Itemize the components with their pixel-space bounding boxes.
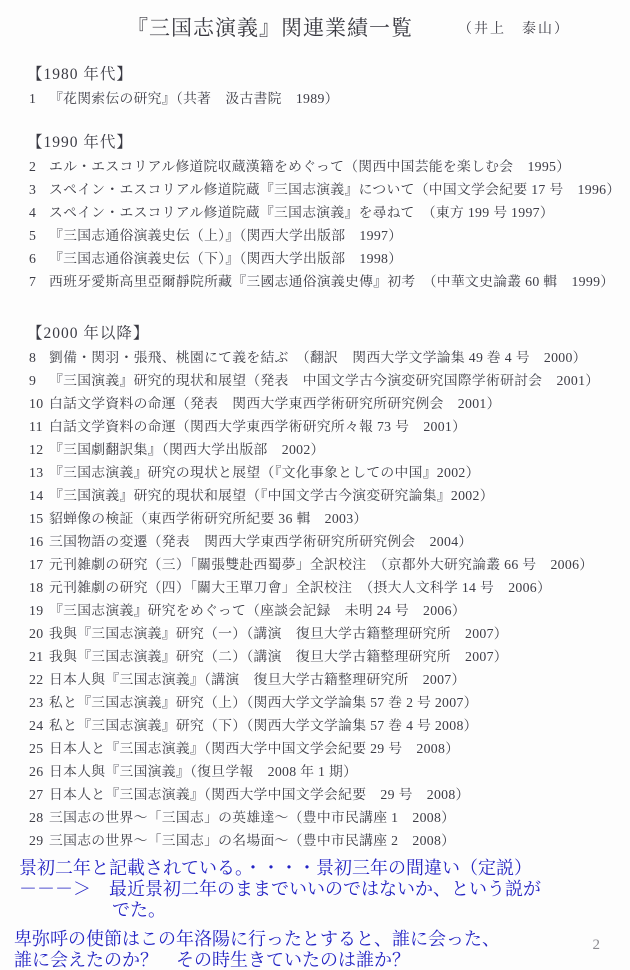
item-number: 1 xyxy=(29,87,44,110)
item-number: 10 xyxy=(29,392,44,415)
page-number: 2 xyxy=(593,937,601,954)
publication-item: 14『三国演義』研究的現状和展望（『中国文学古今演変研究論集』2002） xyxy=(29,484,630,507)
item-number: 12 xyxy=(29,438,44,461)
item-text: スペイン・エスコリアル修道院蔵『三国志演義』について（中国文学会紀要 17 号 … xyxy=(49,178,620,201)
section-header: 【2000 年以降】 xyxy=(27,323,630,344)
item-text: 日本人與『三国演義』（復旦学報 2008 年 1 期） xyxy=(49,760,357,783)
section-items: 1『花関索伝の研究』（共著 汲古書院 1989） xyxy=(0,87,630,110)
publication-item: 24私と『三国志演義』研究（下）（関西大学文学論集 57 巻 4 号 2008） xyxy=(29,714,630,737)
item-text: 日本人と『三国志演義』（関西大学中国文学会紀要 29 号 2008） xyxy=(49,783,470,806)
item-text: 日本人與『三国志演義』（講演 復旦大学古籍整理研究所 2007） xyxy=(49,668,466,691)
item-number: 19 xyxy=(29,599,44,622)
publication-item: 9『三国演義』研究的現状和展望（発表 中国文学古今演変研究国際学術研討会 200… xyxy=(29,369,630,392)
item-text: 私と『三国志演義』研究（上）（関西大学文学論集 57 巻 2 号 2007） xyxy=(49,691,478,714)
item-text: 『三国演義』研究的現状和展望（『中国文学古今演変研究論集』2002） xyxy=(49,484,494,507)
item-text: 『三国劇翻訳集』（関西大学出版部 2002） xyxy=(49,438,325,461)
item-text: 『三国志通俗演義史伝（下）』（関西大学出版部 1998） xyxy=(49,247,402,270)
publication-item: 15貂蝉像の検証（東西学術研究所紀要 36 輯 2003） xyxy=(29,507,630,530)
item-number: 21 xyxy=(29,645,44,668)
publication-item: 3スペイン・エスコリアル修道院蔵『三国志演義』について（中国文学会紀要 17 号… xyxy=(29,178,630,201)
page-title: 『三国志演義』関連業績一覧 xyxy=(127,12,413,42)
item-number: 20 xyxy=(29,622,44,645)
publication-item: 25日本人と『三国志演義』（関西大学中国文学会紀要 29 号 2008） xyxy=(29,737,630,760)
item-text: 白話文学資料の命運（関西大学東西学術研究所々報 73 号 2001） xyxy=(49,415,466,438)
document-page: 『三国志演義』関連業績一覧 （井上 泰山） 【1980 年代】1『花関索伝の研究… xyxy=(0,0,630,970)
item-text: 我與『三国志演義』研究（一）（講演 復旦大学古籍整理研究所 2007） xyxy=(49,622,508,645)
item-number: 2 xyxy=(29,155,44,178)
item-number: 16 xyxy=(29,530,44,553)
publication-item: 21我與『三国志演義』研究（二）（講演 復旦大学古籍整理研究所 2007） xyxy=(29,645,630,668)
publication-item: 26日本人與『三国演義』（復旦学報 2008 年 1 期） xyxy=(29,760,630,783)
publication-item: 29三国志の世界～「三国志」の名場面～（豊中市民講座 2 2008） xyxy=(29,829,630,852)
item-text: 『三国志演義』研究の現状と展望（『文化事象としての中国』2002） xyxy=(49,461,480,484)
item-number: 25 xyxy=(29,737,44,760)
publication-item: 10白話文学資料の命運（発表 関西大学東西学術研究所研究例会 2001） xyxy=(29,392,630,415)
item-number: 23 xyxy=(29,691,44,714)
author-name: （井上 泰山） xyxy=(458,18,570,38)
item-text: 私と『三国志演義』研究（下）（関西大学文学論集 57 巻 4 号 2008） xyxy=(49,714,478,737)
item-text: 『三国志通俗演義史伝（上）』（関西大学出版部 1997） xyxy=(49,224,402,247)
publication-item: 18元刊雑劇の研究（四）「關大王單刀會」全訳校注 （摂大人文科学 14 号 20… xyxy=(29,576,630,599)
section-items: 2エル・エスコリアル修道院収蔵漢籍をめぐって（関西中国芸能を楽しむ会 1995）… xyxy=(0,155,630,293)
item-number: 17 xyxy=(29,553,44,576)
note-line-arrow: －－－＞ 最近景初二年のままでいいのではないか、という説が xyxy=(19,879,630,900)
item-text: 三国物語の変遷（発表 関西大学東西学術研究所研究例会 2004） xyxy=(49,530,473,553)
publication-item: 6『三国志通俗演義史伝（下）』（関西大学出版部 1998） xyxy=(29,247,630,270)
publication-item: 11白話文学資料の命運（関西大学東西学術研究所々報 73 号 2001） xyxy=(29,415,630,438)
publication-item: 27日本人と『三国志演義』（関西大学中国文学会紀要 29 号 2008） xyxy=(29,783,630,806)
item-number: 15 xyxy=(29,507,44,530)
item-number: 7 xyxy=(29,270,44,293)
item-text: 三国志の世界～「三国志」の名場面～（豊中市民講座 2 2008） xyxy=(49,829,455,852)
publication-item: 17元刊雑劇の研究（三）「關張雙赴西蜀夢」全訳校注 （京都外大研究論叢 66 号… xyxy=(29,553,630,576)
item-text: 白話文学資料の命運（発表 関西大学東西学術研究所研究例会 2001） xyxy=(49,392,501,415)
item-number: 9 xyxy=(29,369,44,392)
publication-item: 20我與『三国志演義』研究（一）（講演 復旦大学古籍整理研究所 2007） xyxy=(29,622,630,645)
item-number: 5 xyxy=(29,224,44,247)
section-items: 8劉備・関羽・張飛、桃園にて義を結ぶ （翻訳 関西大学文学論集 49 巻 4 号… xyxy=(0,346,630,852)
note-line: 卑弥呼の使節はこの年洛陽に行ったとすると、誰に会った、 xyxy=(14,929,630,950)
item-text: 元刊雑劇の研究（三）「關張雙赴西蜀夢」全訳校注 （京都外大研究論叢 66 号 2… xyxy=(49,553,593,576)
item-text: 三国志の世界～「三国志」の英雄達～（豊中市民講座 1 2008） xyxy=(49,806,455,829)
publication-item: 7西班牙愛斯高里亞爾靜院所藏『三國志通俗演義史傳』初考 （中華文史論叢 60 輯… xyxy=(29,270,630,293)
publication-item: 13『三国志演義』研究の現状と展望（『文化事象としての中国』2002） xyxy=(29,461,630,484)
item-text: 『三国演義』研究的現状和展望（発表 中国文学古今演変研究国際学術研討会 2001… xyxy=(49,369,599,392)
item-number: 8 xyxy=(29,346,44,369)
publication-item: 1『花関索伝の研究』（共著 汲古書院 1989） xyxy=(29,87,630,110)
item-number: 27 xyxy=(29,783,44,806)
publication-item: 28三国志の世界～「三国志」の英雄達～（豊中市民講座 1 2008） xyxy=(29,806,630,829)
item-text: 貂蝉像の検証（東西学術研究所紀要 36 輯 2003） xyxy=(49,507,368,530)
item-text: 劉備・関羽・張飛、桃園にて義を結ぶ （翻訳 関西大学文学論集 49 巻 4 号 … xyxy=(49,346,587,369)
item-text: 元刊雑劇の研究（四）「關大王單刀會」全訳校注 （摂大人文科学 14 号 2006… xyxy=(49,576,551,599)
annotation-note-himiko: 卑弥呼の使節はこの年洛陽に行ったとすると、誰に会った、 誰に会えたのか？ その時… xyxy=(14,929,630,970)
item-number: 22 xyxy=(29,668,44,691)
note-line: 景初二年と記載されている。・・・・景初三年の間違い（定説） xyxy=(19,858,630,879)
title-row: 『三国志演義』関連業績一覧 （井上 泰山） xyxy=(0,0,630,40)
note-line: 誰に会えたのか？ その時生きていたのは誰か？ xyxy=(14,950,630,970)
item-number: 29 xyxy=(29,829,44,852)
publication-item: 2エル・エスコリアル修道院収蔵漢籍をめぐって（関西中国芸能を楽しむ会 1995） xyxy=(29,155,630,178)
item-text: 『三国志演義』研究をめぐって（座談会記録 未明 24 号 2006） xyxy=(49,599,466,622)
publication-item: 12『三国劇翻訳集』（関西大学出版部 2002） xyxy=(29,438,630,461)
item-number: 24 xyxy=(29,714,44,737)
item-text: スペイン・エスコリアル修道院蔵『三国志演義』を尋ねて （東方 199 号 199… xyxy=(49,201,554,224)
item-number: 3 xyxy=(29,178,44,201)
publication-item: 16三国物語の変遷（発表 関西大学東西学術研究所研究例会 2004） xyxy=(29,530,630,553)
item-number: 28 xyxy=(29,806,44,829)
item-number: 14 xyxy=(29,484,44,507)
publication-item: 22日本人與『三国志演義』（講演 復旦大学古籍整理研究所 2007） xyxy=(29,668,630,691)
annotation-note-keisho: 景初二年と記載されている。・・・・景初三年の間違い（定説） －－－＞ 最近景初二… xyxy=(19,858,630,921)
publication-item: 8劉備・関羽・張飛、桃園にて義を結ぶ （翻訳 関西大学文学論集 49 巻 4 号… xyxy=(29,346,630,369)
item-text: エル・エスコリアル修道院収蔵漢籍をめぐって（関西中国芸能を楽しむ会 1995） xyxy=(49,155,570,178)
item-number: 18 xyxy=(29,576,44,599)
publication-item: 19『三国志演義』研究をめぐって（座談会記録 未明 24 号 2006） xyxy=(29,599,630,622)
section-header: 【1980 年代】 xyxy=(27,64,630,85)
item-number: 6 xyxy=(29,247,44,270)
item-text: 日本人と『三国志演義』（関西大学中国文学会紀要 29 号 2008） xyxy=(49,737,459,760)
item-number: 11 xyxy=(29,415,44,438)
item-text: 『花関索伝の研究』（共著 汲古書院 1989） xyxy=(49,87,339,110)
section-header: 【1990 年代】 xyxy=(27,132,630,153)
publication-item: 5『三国志通俗演義史伝（上）』（関西大学出版部 1997） xyxy=(29,224,630,247)
note-line: でた。 xyxy=(19,900,630,921)
publication-item: 23私と『三国志演義』研究（上）（関西大学文学論集 57 巻 2 号 2007） xyxy=(29,691,630,714)
publication-item: 4スペイン・エスコリアル修道院蔵『三国志演義』を尋ねて （東方 199 号 19… xyxy=(29,201,630,224)
item-text: 我與『三国志演義』研究（二）（講演 復旦大学古籍整理研究所 2007） xyxy=(49,645,508,668)
publication-sections: 【1980 年代】1『花関索伝の研究』（共著 汲古書院 1989）【1990 年… xyxy=(0,64,630,852)
item-number: 13 xyxy=(29,461,44,484)
item-text: 西班牙愛斯高里亞爾靜院所藏『三國志通俗演義史傳』初考 （中華文史論叢 60 輯 … xyxy=(49,270,614,293)
item-number: 4 xyxy=(29,201,44,224)
item-number: 26 xyxy=(29,760,44,783)
